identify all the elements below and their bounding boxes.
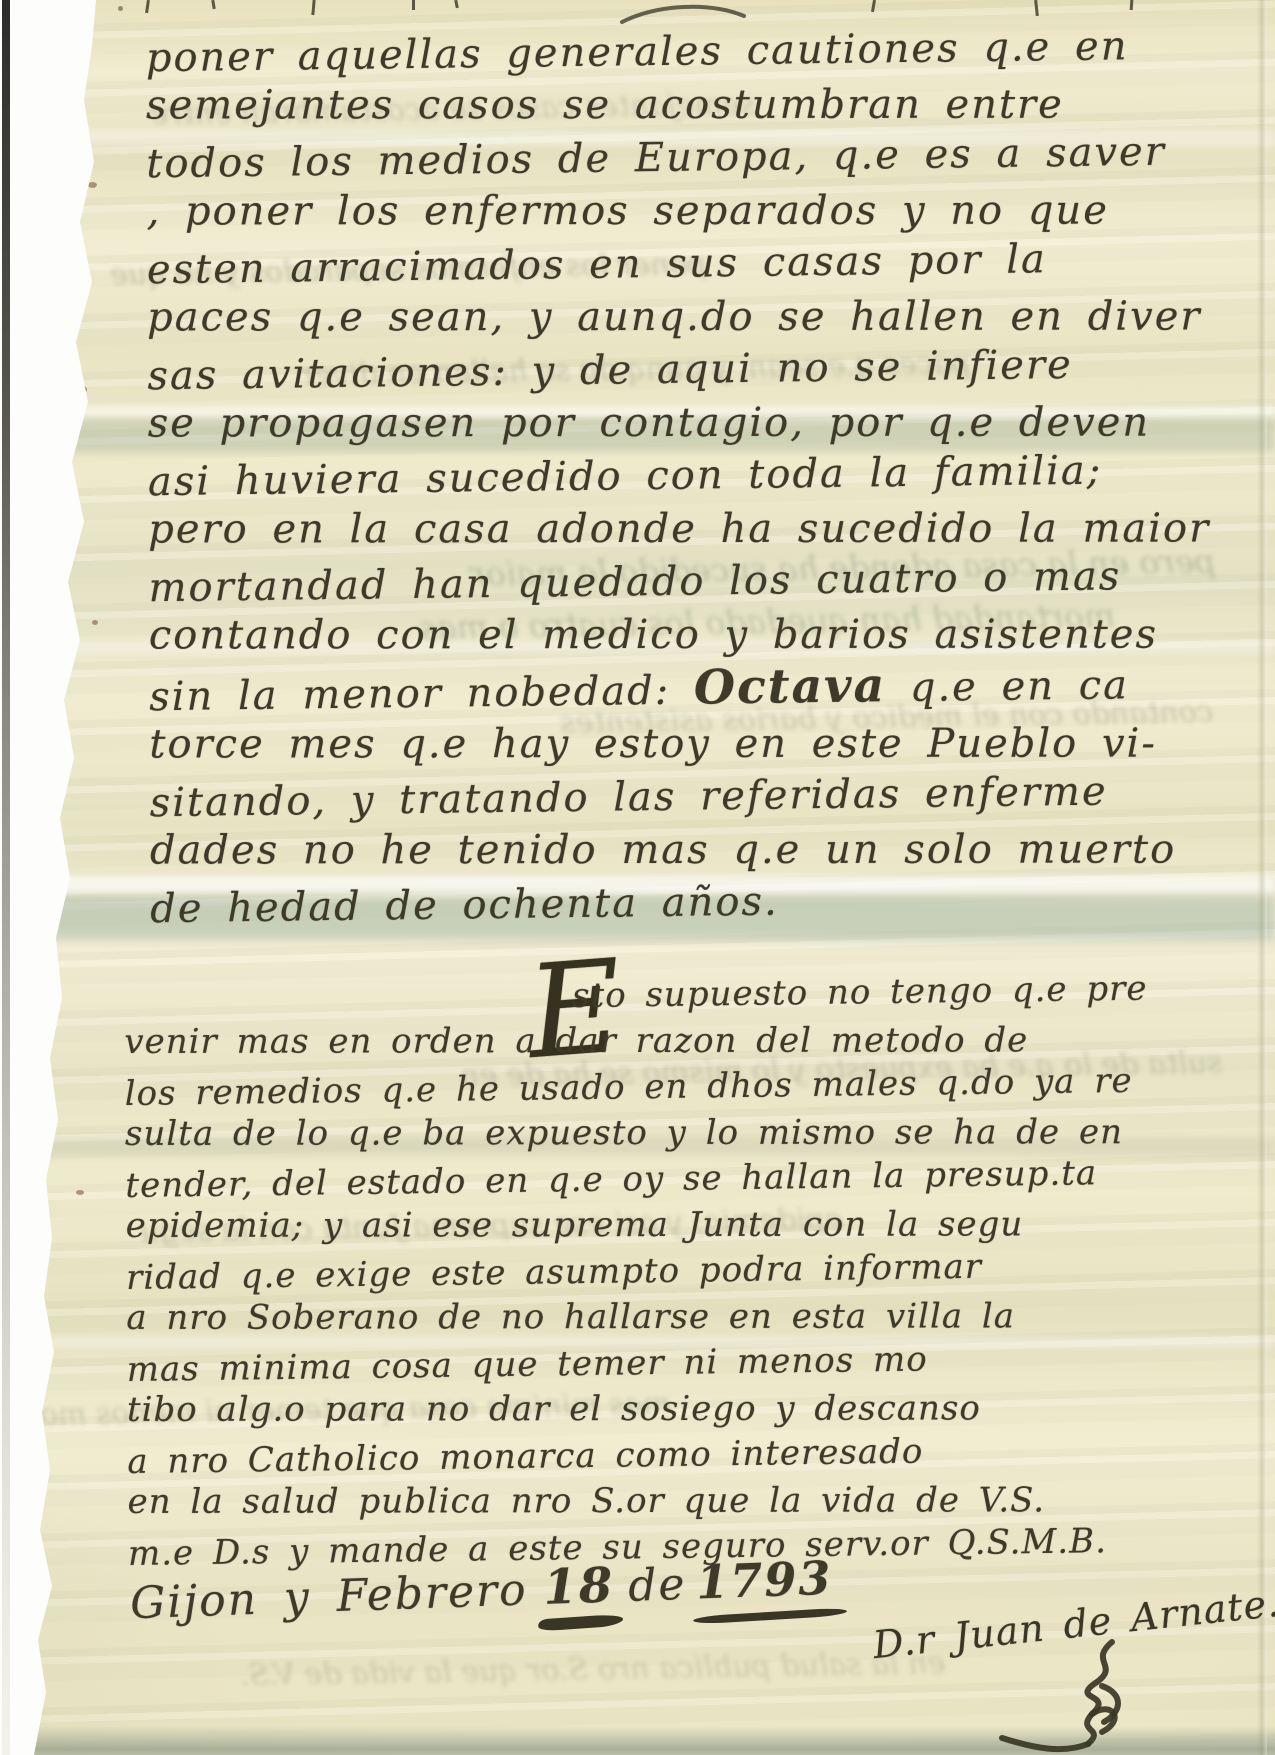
manuscript-line-text: q.e en ca xyxy=(886,662,1129,711)
date-connector: de xyxy=(627,1559,687,1612)
manuscript-paper: semejantes casos se acostumbran entre , … xyxy=(0,0,1275,1755)
manuscript-line: pero en la casa adonde ha sucedido la ma… xyxy=(148,503,1168,557)
manuscript-line: m.e D.s y mande a este su seguro serv.or… xyxy=(128,1517,1199,1577)
date-year: 1793 xyxy=(695,1551,833,1610)
paper-bottom-shadow xyxy=(0,1726,1275,1755)
manuscript-line: esten arracimados en sus casas por la xyxy=(147,232,1168,297)
manuscript-line: mortandad han quedado los cuatro o mas xyxy=(148,550,1169,615)
ink-bleedthrough-layer: semejantes casos se acostumbran entre , … xyxy=(0,0,1275,1755)
manuscript-line: epidemia; y asi ese suprema Junta con la… xyxy=(126,1201,1196,1249)
manuscript-line: tibo alg.o para no dar el sosiego y desc… xyxy=(127,1385,1197,1433)
manuscript-line: dades no he tenido mas q.e un solo muert… xyxy=(150,824,1170,878)
manuscript-line: sas avitaciones: y de aqui no se infiere xyxy=(147,338,1168,403)
date-day: 18 xyxy=(542,1557,615,1615)
manuscript-line: los remedios q.e he usado en dhos males … xyxy=(124,1057,1195,1117)
bleedthrough-line: mas minima cosa que temer ni menos mo xyxy=(40,1386,671,1432)
signature-flourish-icon xyxy=(992,1636,1142,1754)
date-line: Gijon y Febrero18de1793 xyxy=(129,1550,833,1630)
paper-crease xyxy=(0,876,1275,894)
manuscript-line: venir mas en orden a dar razon del metod… xyxy=(124,1017,1194,1065)
manuscript-line: sitando, y tratando las referidas enferm… xyxy=(149,765,1170,830)
paper-fold-band xyxy=(0,896,1275,940)
manuscript-line: mas minima cosa que temer ni menos mo xyxy=(126,1333,1197,1393)
bleedthrough-line: pero en la casa adonde ha sucedido la ma… xyxy=(470,541,1216,593)
cut-off-stroke-marks xyxy=(0,0,1275,30)
signature-name: D.r Juan de Arnate. xyxy=(871,1581,1275,1667)
manuscript-line: asi huviera sucedido con toda la familia… xyxy=(148,444,1169,509)
bleedthrough-line: , poner los enfermos separados y no que xyxy=(110,247,726,293)
emphasized-word: Octava xyxy=(694,658,887,715)
manuscript-line: torce mes q.e hay estoy en este Pueblo v… xyxy=(149,718,1169,772)
vertical-fold xyxy=(1257,0,1267,1755)
signature: D.r Juan de Arnate. xyxy=(871,1581,1275,1667)
paper-crease xyxy=(0,406,1275,418)
bleedthrough-line: en la salud publica nro S.or que la vida… xyxy=(240,1646,946,1693)
cut-off-flourish-mark xyxy=(618,0,768,28)
paper-crease xyxy=(0,640,1275,654)
bleedthrough-line: semejantes casos se acostumbran entre xyxy=(150,87,756,133)
manuscript-line: tender, del estado en q.e oy se hallan l… xyxy=(125,1149,1196,1209)
paper-crease xyxy=(0,130,1275,146)
scanned-document: semejantes casos se acostumbran entre , … xyxy=(0,0,1275,1755)
date-place-month: Gijon y Febrero xyxy=(129,1564,528,1629)
manuscript-line: sin la menor nobedad: Octava q.e en ca xyxy=(149,656,1170,724)
manuscript-line: de hedad de ochenta años. xyxy=(150,871,1171,936)
manuscript-line: poner aquellas generales cautiones q.e e… xyxy=(145,20,1166,85)
manuscript-line: todos los medios de Europa, q.e es a sav… xyxy=(146,126,1167,191)
bleedthrough-line: sulta de lo q.e ba expuesto y lo mismo s… xyxy=(460,1045,1223,1093)
scanner-edge-shadow xyxy=(2,0,10,1755)
manuscript-line-text: sin la menor nobedad: xyxy=(149,668,694,721)
edge-stain xyxy=(92,620,98,625)
edge-stain xyxy=(88,182,97,188)
manuscript-line: sulta de lo q.e ba expuesto y lo mismo s… xyxy=(125,1109,1195,1157)
manuscript-line: paces q.e sean, y aunq.do se hallen en d… xyxy=(147,291,1167,345)
manuscript-paragraph-2: E sto supuesto no tengo q.e pre venir ma… xyxy=(124,968,1198,1573)
edge-stain xyxy=(76,1190,84,1195)
bleedthrough-line: paces q.e sean, y aunq.do se hallen en d… xyxy=(300,346,971,393)
bleedthrough-line: epidemia; y asi ese suprema Junta con la… xyxy=(140,1202,843,1249)
manuscript-line: , poner los enfermos separados y no que xyxy=(147,185,1167,239)
manuscript-line: contando con el medico y barios asistent… xyxy=(149,609,1169,663)
paper-crease xyxy=(0,1336,1275,1348)
manuscript-line: a nro Catholico monarca como interesado xyxy=(127,1425,1198,1485)
paper-crease xyxy=(0,1138,1275,1156)
manuscript-paragraph-1: poner aquellas generales cautiones q.e e… xyxy=(146,23,1171,932)
bleedthrough-line: contando con el medico y barios asistent… xyxy=(560,694,1214,740)
manuscript-line: a nro Soberano de no hallarse en esta vi… xyxy=(126,1293,1196,1341)
manuscript-line: sto supuesto no tengo q.e pre xyxy=(124,965,1195,1025)
paper-fold-band xyxy=(0,418,1275,452)
calligraphic-initial: E xyxy=(523,943,627,1078)
manuscript-line: en la salud publica nro S.or que la vida… xyxy=(128,1477,1198,1525)
manuscript-line: ridad q.e exige este asumpto podra infor… xyxy=(126,1241,1197,1301)
edge-stain xyxy=(118,6,123,11)
manuscript-line: semejantes casos se acostumbran entre xyxy=(146,79,1166,133)
edge-stain xyxy=(80,386,87,393)
bleedthrough-line: mortandad han quedado los cuatro o mas xyxy=(420,596,1116,647)
manuscript-line: se propagasen por contagio, por q.e deve… xyxy=(148,397,1168,451)
